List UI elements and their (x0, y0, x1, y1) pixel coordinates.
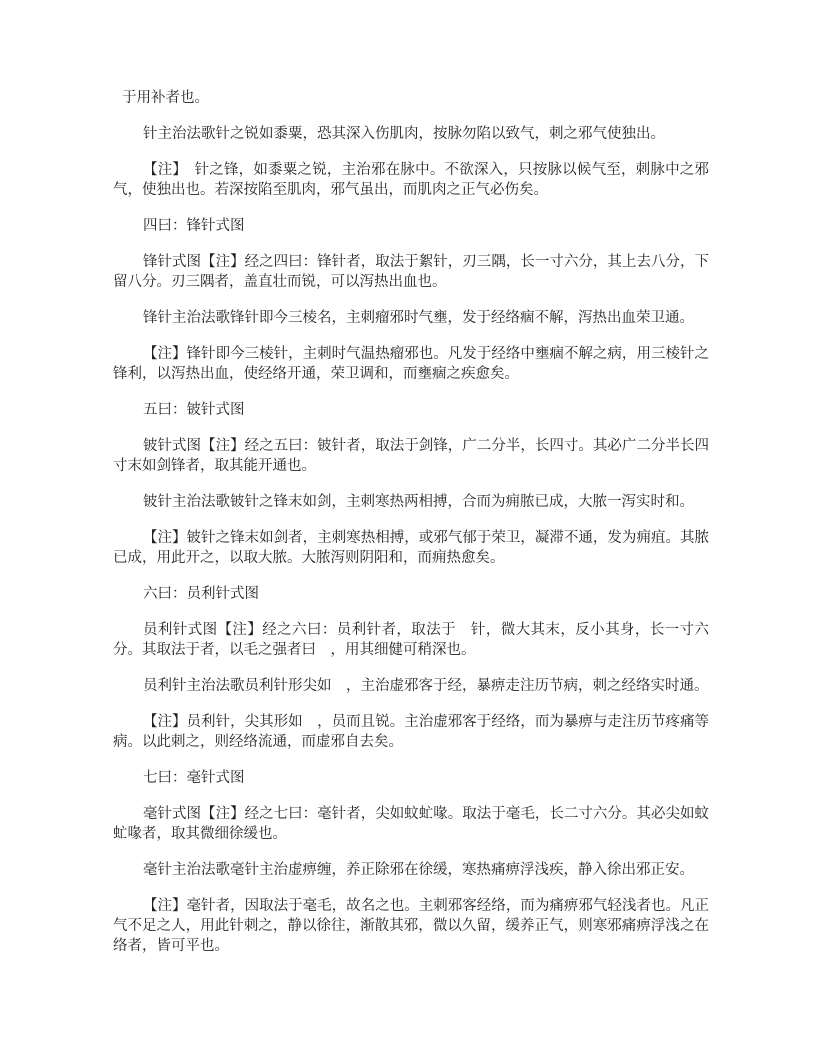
paragraph: 员利针式图【注】经之六曰：员利针者，取法于 针，微大其末，反小其身，长一寸六分。… (113, 620, 709, 660)
paragraph: 【注】锋针即今三棱针，主刺时气温热瘤邪也。凡发于经络中壅痼不解之病，用三棱针之锋… (113, 344, 709, 384)
paragraph: 五曰：铍针式图 (113, 400, 709, 420)
paragraph: 【注】 针之锋，如黍粟之锐，主治邪在脉中。不欲深入，只按脉以候气至，刺脉中之邪气… (113, 160, 709, 200)
paragraph: 铍针式图【注】经之五曰：铍针者，取法于剑锋，广二分半，长四寸。其必广二分半长四寸… (113, 436, 709, 476)
paragraph: 锋针式图【注】经之四曰：锋针者，取法于絮针，刃三隅，长一寸六分，其上去八分，下留… (113, 252, 709, 292)
paragraph: 毫针主治法歌毫针主治虚痹缠，养正除邪在徐缓，寒热痛痹浮浅疾，静入徐出邪正安。 (113, 860, 709, 880)
paragraph: 四曰：锋针式图 (113, 216, 709, 236)
paragraph: 【注】铍针之锋末如剑者，主刺寒热相搏，或邪气郁于荣卫，凝滞不通，发为痈疽。其脓已… (113, 528, 709, 568)
document-page: 于用补者也。针主治法歌针之锐如黍粟，恐其深入伤肌肉，按脉勿陷以致气，刺之邪气使独… (0, 0, 816, 1056)
paragraph: 毫针式图【注】经之七曰：毫针者，尖如蚊虻喙。取法于毫毛，长二寸六分。其必尖如蚊虻… (113, 804, 709, 844)
document-text-body: 于用补者也。针主治法歌针之锐如黍粟，恐其深入伤肌肉，按脉勿陷以致气，刺之邪气使独… (113, 88, 709, 956)
paragraph: 针主治法歌针之锐如黍粟，恐其深入伤肌肉，按脉勿陷以致气，刺之邪气使独出。 (113, 124, 709, 144)
paragraph: 【注】员利针，尖其形如 ，员而且锐。主治虚邪客于经络，而为暴痹与走注历节疼痛等病… (113, 712, 709, 752)
paragraph: 六曰：员利针式图 (113, 584, 709, 604)
paragraph: 【注】毫针者，因取法于毫毛，故名之也。主刺邪客经络，而为痛痹邪气轻浅者也。凡正气… (113, 896, 709, 956)
paragraph: 七曰：毫针式图 (113, 768, 709, 788)
paragraph: 锋针主治法歌锋针即今三棱名，主刺瘤邪时气壅，发于经络痼不解，泻热出血荣卫通。 (113, 308, 709, 328)
paragraph: 于用补者也。 (113, 88, 709, 108)
paragraph: 铍针主治法歌铍针之锋末如剑，主刺寒热两相搏，合而为痈脓已成，大脓一泻实时和。 (113, 492, 709, 512)
paragraph: 员利针主治法歌员利针形尖如 ，主治虚邪客于经，暴痹走注历节病，刺之经络实时通。 (113, 676, 709, 696)
